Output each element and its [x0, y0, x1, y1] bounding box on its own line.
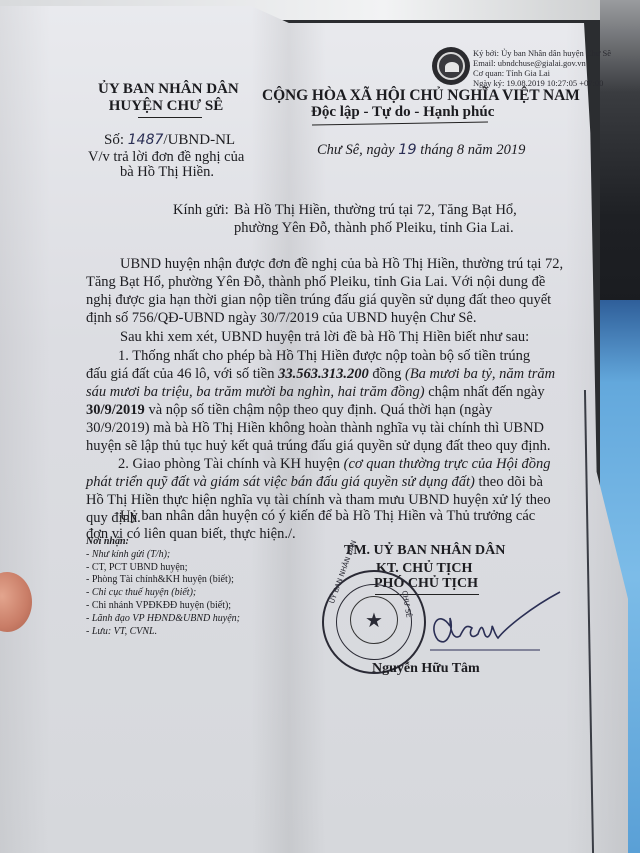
place-date: Chư Sê, ngày 19 tháng 8 năm 2019 [317, 142, 525, 159]
digital-signature-info: Ký bởi: Ủy ban Nhân dân huyện Chư Sê Ema… [473, 48, 611, 88]
item1-line: sáu mươi ba triệu, ba trăm mười ba nghìn… [86, 384, 545, 401]
deadline-date: 30/9/2019 [86, 402, 145, 418]
body-para1-line: định số 756/QĐ-UBND ngày 30/7/2019 của U… [86, 310, 476, 327]
motto-underline [312, 121, 488, 125]
item1-line: đấu giá đất của 46 lô, với số tiền 33.56… [86, 366, 555, 383]
item1-text: chậm nhất đến ngày [425, 384, 545, 400]
item1-line: 30/9/2019 và nộp số tiền chậm nộp theo q… [86, 402, 492, 419]
item2-italic: (cơ quan thường trực của Hội đồng [344, 456, 551, 472]
item2-line: phát triển quỹ đất và giám sát việc bán … [86, 474, 543, 491]
national-emblem-icon: ★ [350, 596, 398, 644]
place-date-suffix: tháng 8 năm 2019 [417, 142, 526, 158]
date-day-handwritten: 19 [398, 142, 416, 158]
item1-text: đấu giá đất của 46 lô, với số tiền [86, 366, 278, 382]
recipient-line-2: phường Yên Đỗ, thành phố Pleiku, tỉnh Gi… [234, 220, 514, 237]
receiver-item: - Lưu: VT, CVNL. [86, 626, 240, 639]
doc-number-suffix: /UBND-NL [163, 132, 235, 148]
subject-line-2: bà Hồ Thị Hiền. [120, 164, 214, 181]
issuing-org-line-2: HUYỆN CHƯ SÊ [90, 97, 242, 115]
closing-line-1: Uỷ ban nhân dân huyện có ý kiến để bà Hồ… [120, 508, 535, 525]
recipient-line-1: Bà Hồ Thị Hiền, thường trú tại 72, Tăng … [234, 202, 517, 219]
signer-name: Nguyễn Hữu Tâm [372, 661, 480, 677]
handwritten-signature-icon [420, 588, 570, 658]
signed-by: Ký bởi: Ủy ban Nhân dân huyện Chư Sê [473, 48, 611, 58]
place-date-prefix: Chư Sê, ngày [317, 142, 398, 158]
receiver-item: - CT, PCT UBND huyện; [86, 562, 240, 575]
item2-italic: phát triển quỹ đất và giám sát việc bán … [86, 474, 475, 490]
item2-text: 2. Giao phòng Tài chính và KH huyện [118, 456, 344, 472]
item1-line: huyện sẽ lập thủ tục huỷ kết quả trúng đ… [86, 438, 551, 455]
official-letter: Ký bởi: Ủy ban Nhân dân huyện Chư Sê Ema… [0, 0, 640, 853]
doc-number-prefix: Số: [104, 132, 128, 148]
receiver-item: - Chi cục thuế huyện (biết); [86, 587, 240, 600]
item1-text: đồng [369, 366, 405, 382]
signer-agency: Cơ quan: Tỉnh Gia Lai [473, 68, 611, 78]
official-stamp: ★ UỶ BAN NHÂN DÂN CHƯ SÊ [322, 570, 426, 674]
receivers-list: Nơi nhận: - Như kính gửi (T/h); - CT, PC… [86, 536, 240, 638]
receiver-item: - Như kính gửi (T/h); [86, 549, 240, 562]
amount-words: sáu mươi ba triệu, ba trăm mười ba nghìn… [86, 384, 425, 400]
body-para1-line: Tăng Bạt Hổ, phường Yên Đỗ, thành phố Pl… [86, 274, 545, 291]
item2-text: theo dõi bà [475, 474, 543, 490]
receiver-item: - Chi nhánh VPĐKĐĐ huyện (biết); [86, 600, 240, 613]
receivers-title: Nơi nhận: [86, 536, 240, 549]
national-title: CỘNG HÒA XÃ HỘI CHỦ NGHĨA VIỆT NAM [262, 87, 580, 105]
issuing-org-line-1: ỦY BAN NHÂN DÂN [98, 80, 238, 98]
item1-line: 30/9/2019) mà bà Hồ Thị Hiền không hoàn … [86, 420, 544, 437]
receiver-item: - Phòng Tài chính&KH huyện (biết); [86, 574, 240, 587]
receiver-item: - Lãnh đạo VP HĐND&UBND huyện; [86, 613, 240, 626]
body-para2: Sau khi xem xét, UBND huyện trả lời đề b… [120, 329, 529, 346]
amount-number: 33.563.313.200 [278, 366, 369, 382]
body-para1-line: nghị được gia hạn thời gian nộp tiền trú… [86, 292, 551, 309]
signer-email: Email: ubndchuse@gialai.gov.vn [473, 58, 611, 68]
org-underline [138, 117, 202, 118]
national-motto: Độc lập - Tự do - Hạnh phúc [311, 104, 494, 121]
digital-signature-seal-icon [432, 47, 470, 85]
amount-words: (Ba mươi ba tỷ, năm trăm [405, 366, 555, 382]
body-para1-line: UBND huyện nhận được đơn đề nghị của bà … [120, 256, 563, 273]
item2-line: Hồ Thị Hiền thực hiện nghĩa vụ tài chính… [86, 492, 551, 509]
document-number: Số: 1487/UBND-NL [104, 132, 235, 149]
item1-line: 1. Thống nhất cho phép bà Hồ Thị Hiền đư… [118, 348, 530, 365]
item1-text: và nộp số tiền chậm nộp theo quy định. Q… [145, 402, 493, 418]
recipient-label: Kính gửi: [173, 202, 229, 219]
sign-authority-line-1: TM. UỶ BAN NHÂN DÂN [344, 543, 505, 559]
item2-line: 2. Giao phòng Tài chính và KH huyện (cơ … [118, 456, 551, 473]
doc-number-handwritten: 1487 [128, 132, 164, 148]
